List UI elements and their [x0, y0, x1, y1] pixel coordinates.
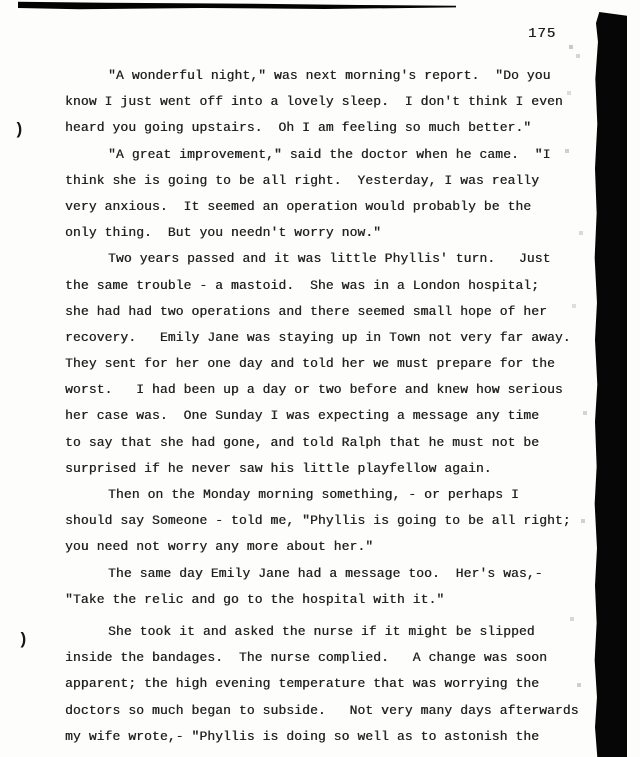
text-line: her case was. One Sunday I was expecting…: [65, 403, 590, 429]
scanned-document-page: 175 ) ) "A wonderful night," was next mo…: [0, 0, 640, 757]
text-line: very anxious. It seemed an operation wou…: [65, 194, 590, 220]
text-line: she had had two operations and there see…: [65, 299, 590, 325]
scan-artifact-right-band: [594, 12, 627, 757]
text-line: She took it and asked the nurse if it mi…: [65, 619, 590, 645]
text-line: The same day Emily Jane had a message to…: [65, 561, 590, 587]
page-text: "A wonderful night," was next morning's …: [65, 63, 590, 750]
text-line: the same trouble - a mastoid. She was in…: [65, 273, 590, 299]
text-line: you need not worry any more about her.": [65, 534, 590, 560]
left-margin-binding-mark: ): [14, 121, 24, 140]
text-line: think she is going to be all right. Yest…: [65, 168, 590, 194]
scan-artifact-top-bar: [18, 1, 456, 11]
text-line: know I just went off into a lovely sleep…: [65, 89, 590, 115]
text-line: "A wonderful night," was next morning's …: [65, 63, 590, 89]
text-line: They sent for her one day and told her w…: [65, 351, 590, 377]
scan-noise-speckles: [0, 0, 2, 2]
text-line: Two years passed and it was little Phyll…: [65, 246, 590, 272]
text-line: heard you going upstairs. Oh I am feelin…: [65, 115, 590, 141]
page-number: 175: [528, 26, 556, 42]
text-line: to say that she had gone, and told Ralph…: [65, 430, 590, 456]
text-line: only thing. But you needn't worry now.": [65, 220, 590, 246]
text-line: doctors so much began to subside. Not ve…: [65, 698, 590, 724]
text-line: inside the bandages. The nurse complied.…: [65, 645, 590, 671]
text-line: recovery. Emily Jane was staying up in T…: [65, 325, 590, 351]
text-line: "Take the relic and go to the hospital w…: [65, 587, 590, 613]
text-line: my wife wrote,- "Phyllis is doing so wel…: [65, 724, 590, 750]
left-margin-binding-mark: ): [18, 631, 28, 650]
text-line: should say Someone - told me, "Phyllis i…: [65, 508, 590, 534]
text-line: surprised if he never saw his little pla…: [65, 456, 590, 482]
text-line: apparent; the high evening temperature t…: [65, 671, 590, 697]
text-line: "A great improvement," said the doctor w…: [65, 142, 590, 168]
text-line: Then on the Monday morning something, - …: [65, 482, 590, 508]
text-line: worst. I had been up a day or two before…: [65, 377, 590, 403]
